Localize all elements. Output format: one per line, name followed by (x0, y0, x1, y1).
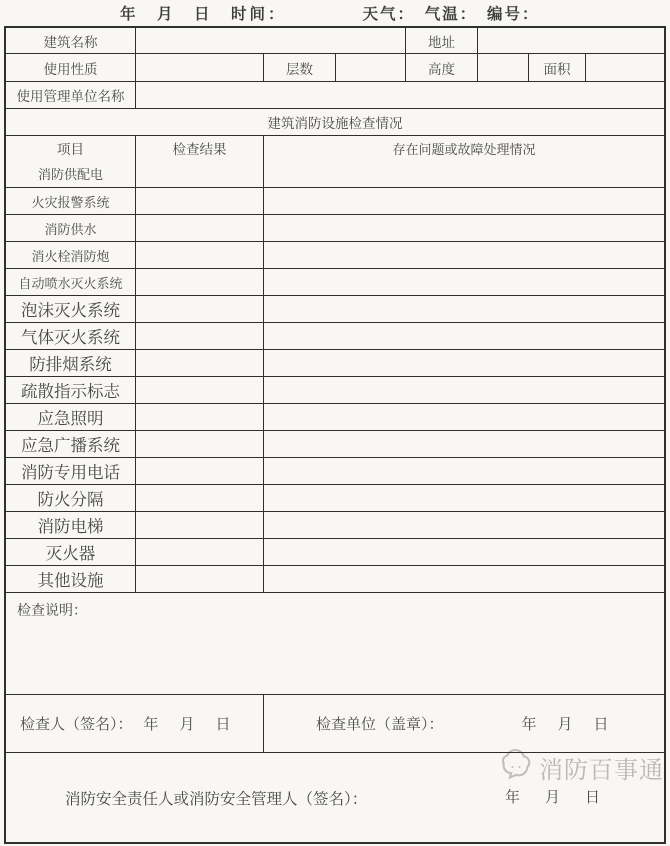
check-result-cell (135, 242, 263, 268)
check-result-cell (135, 350, 263, 376)
facility-name-label: 消防供水 (6, 215, 135, 241)
area-input-cell (585, 54, 664, 81)
check-result-cell (135, 215, 263, 241)
facility-name-label: 消防供配电 (6, 160, 135, 187)
floors-label: 层数 (263, 54, 335, 81)
facility-row: 自动喷水灭火系统 (6, 268, 664, 295)
facility-name-label: 应急照明 (6, 404, 135, 430)
usage-row: 使用性质 层数 高度 面积 (6, 53, 664, 81)
building-name-row: 建筑名称 地址 (6, 28, 664, 53)
facility-row: 防排烟系统 (6, 349, 664, 376)
responsible-signature-label: 消防安全责任人或消防安全管理人（签名）： (65, 787, 367, 809)
management-unit-label: 使用管理单位名称 (6, 82, 135, 108)
address-label: 地址 (405, 28, 477, 53)
issues-cell (263, 269, 664, 295)
fire-inspection-form: 建筑名称 地址 使用性质 层数 高度 面积 使用管理单位名称 建筑消防设施检查情… (4, 26, 666, 844)
inspection-notes-label: 检查说明： (6, 593, 664, 620)
check-result-cell (135, 431, 263, 457)
address-input-cell (477, 28, 664, 53)
unit-seal-label: 检查单位（盖章）： (316, 713, 444, 734)
issues-cell (263, 539, 664, 565)
facility-name-label: 自动喷水灭火系统 (6, 269, 135, 295)
issues-cell (263, 566, 664, 592)
date-time-line: 年 月 日 时间： (120, 2, 287, 24)
issues-cell (263, 458, 664, 484)
facility-name-label: 气体灭火系统 (6, 323, 135, 349)
check-result-cell (135, 512, 263, 538)
facility-row: 灭火器 (6, 538, 664, 565)
facility-name-label: 其他设施 (6, 566, 135, 592)
facility-row: 消防电梯 (6, 511, 664, 538)
facility-row: 气体灭火系统 (6, 322, 664, 349)
facility-name-label: 防火分隔 (6, 485, 135, 511)
facility-row: 应急照明 (6, 403, 664, 430)
facility-name-label: 消火栓消防炮 (6, 242, 135, 268)
responsible-signature-row: 消防安全责任人或消防安全管理人（签名）： 年 月 日 (6, 752, 664, 842)
facility-name-label: 消防专用电话 (6, 458, 135, 484)
check-result-cell (135, 323, 263, 349)
issues-cell (263, 188, 664, 214)
facility-name-label: 灭火器 (6, 539, 135, 565)
area-label: 面积 (528, 54, 585, 81)
section-title-row: 建筑消防设施检查情况 (6, 108, 664, 135)
facility-row: 消防供水 (6, 214, 664, 241)
check-result-cell (135, 458, 263, 484)
check-result-cell (135, 377, 263, 403)
responsible-date: 年 月 日 (505, 785, 605, 806)
unit-date: 年 月 日 (522, 713, 612, 734)
issues-cell (263, 431, 664, 457)
height-input-cell (477, 54, 528, 81)
issues-cell (263, 296, 664, 322)
column-header-item: 项目 (6, 136, 135, 160)
signature-row: 检查人（签名）： 年 月 日 检查单位（盖章）： 年 月 日 (6, 694, 664, 752)
issues-cell (263, 323, 664, 349)
facility-row: 泡沫灭火系统 (6, 295, 664, 322)
facility-name-label: 应急广播系统 (6, 431, 135, 457)
check-result-cell (135, 269, 263, 295)
facility-row: 应急广播系统 (6, 430, 664, 457)
facility-row: 消防供配电 (6, 160, 664, 187)
inspector-signature-cell: 检查人（签名）： 年 月 日 (6, 695, 263, 752)
issues-cell (263, 512, 664, 538)
issues-cell (263, 377, 664, 403)
check-result-cell (135, 539, 263, 565)
section-title: 建筑消防设施检查情况 (6, 109, 664, 135)
weather-number-line: 天气： 气温： 编号： (363, 2, 540, 24)
facility-row: 消火栓消防炮 (6, 241, 664, 268)
facility-name-label: 疏散指示标志 (6, 377, 135, 403)
facility-row: 疏散指示标志 (6, 376, 664, 403)
column-header-row: 项目 检查结果 存在问题或故障处理情况 (6, 135, 664, 160)
facility-name-label: 消防电梯 (6, 512, 135, 538)
issues-cell (263, 242, 664, 268)
usage-type-input-cell (135, 54, 263, 81)
facility-name-label: 防排烟系统 (6, 350, 135, 376)
column-header-result: 检查结果 (135, 136, 263, 160)
check-result-cell (135, 404, 263, 430)
unit-seal-cell: 检查单位（盖章）： 年 月 日 (263, 695, 664, 752)
check-result-cell (135, 296, 263, 322)
facility-row: 消防专用电话 (6, 457, 664, 484)
issues-cell (263, 350, 664, 376)
column-header-issues: 存在问题或故障处理情况 (263, 136, 664, 160)
check-result-cell (135, 188, 263, 214)
check-result-cell (135, 485, 263, 511)
facility-name-label: 火灾报警系统 (6, 188, 135, 214)
issues-cell (263, 485, 664, 511)
issues-cell (263, 160, 664, 187)
issues-cell (263, 404, 664, 430)
building-name-label: 建筑名称 (6, 28, 135, 53)
facility-row: 防火分隔 (6, 484, 664, 511)
facility-name-label: 泡沫灭火系统 (6, 296, 135, 322)
height-label: 高度 (405, 54, 477, 81)
management-unit-input-cell (135, 82, 664, 108)
inspector-date: 年 月 日 (144, 713, 234, 734)
check-result-cell (135, 566, 263, 592)
facility-row: 火灾报警系统 (6, 187, 664, 214)
building-name-input-cell (135, 28, 405, 53)
inspector-signature-label: 检查人（签名）： (20, 713, 133, 734)
check-result-cell (135, 160, 263, 187)
issues-cell (263, 215, 664, 241)
facility-row: 其他设施 (6, 565, 664, 592)
form-top-header: 年 月 日 时间： 天气： 气温： 编号： (0, 0, 670, 26)
inspection-notes-area: 检查说明： (6, 592, 664, 694)
floors-input-cell (335, 54, 405, 81)
usage-type-label: 使用性质 (6, 54, 135, 81)
management-unit-row: 使用管理单位名称 (6, 81, 664, 108)
